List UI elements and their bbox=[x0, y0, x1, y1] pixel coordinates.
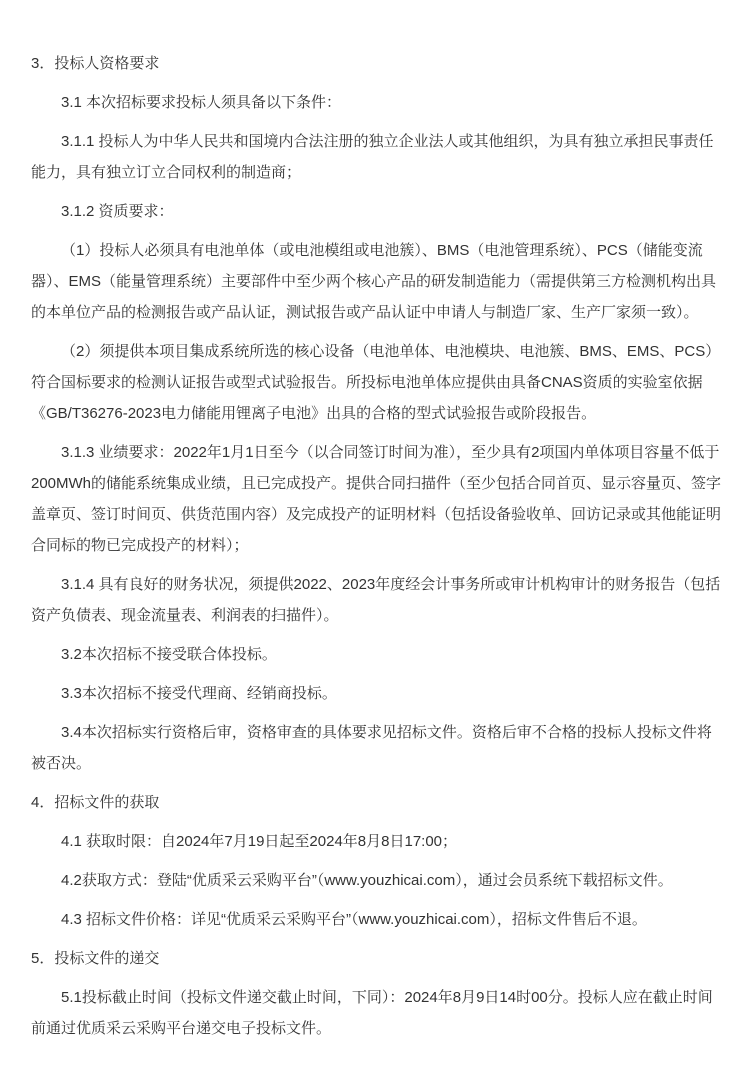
tender-announcement-page: 3．投标人资格要求 3.1 本次招标要求投标人须具备以下条件： 3.1.1 投标… bbox=[0, 0, 753, 1076]
para-3-2: 3.2本次招标不接受联合体投标。 bbox=[31, 639, 722, 670]
section-4-heading: 4．招标文件的获取 bbox=[31, 787, 722, 818]
para-4-1: 4.1 获取时限：自2024年7月19日起至2024年8月8日17:00； bbox=[31, 826, 722, 857]
para-3-1-2: 3.1.2 资质要求： bbox=[31, 196, 722, 227]
para-3-1-4: 3.1.4 具有良好的财务状况，须提供2022、2023年度经会计事务所或审计机… bbox=[31, 569, 722, 631]
tender-document-body: 3．投标人资格要求 3.1 本次招标要求投标人须具备以下条件： 3.1.1 投标… bbox=[31, 48, 722, 1044]
para-3-4: 3.4本次招标实行资格后审，资格审查的具体要求见招标文件。资格后审不合格的投标人… bbox=[31, 717, 722, 779]
para-qual-item-1: （1）投标人必须具有电池单体（或电池模组或电池簇）、BMS（电池管理系统）、PC… bbox=[31, 235, 722, 328]
para-3-1: 3.1 本次招标要求投标人须具备以下条件： bbox=[31, 87, 722, 118]
para-5-1: 5.1投标截止时间（投标文件递交截止时间，下同）：2024年8月9日14时00分… bbox=[31, 982, 722, 1044]
section-5-heading: 5．投标文件的递交 bbox=[31, 943, 722, 974]
para-4-3: 4.3 招标文件价格：详见“优质采云采购平台”（www.youzhicai.co… bbox=[31, 904, 722, 935]
para-3-1-1: 3.1.1 投标人为中华人民共和国境内合法注册的独立企业法人或其他组织，为具有独… bbox=[31, 126, 722, 188]
para-3-3: 3.3本次招标不接受代理商、经销商投标。 bbox=[31, 678, 722, 709]
para-4-2: 4.2获取方式：登陆“优质采云采购平台”（www.youzhicai.com），… bbox=[31, 865, 722, 896]
para-3-1-3: 3.1.3 业绩要求：2022年1月1日至今（以合同签订时间为准），至少具有2项… bbox=[31, 437, 722, 561]
section-3-heading: 3．投标人资格要求 bbox=[31, 48, 722, 79]
para-qual-item-2: （2）须提供本项目集成系统所选的核心设备（电池单体、电池模块、电池簇、BMS、E… bbox=[31, 336, 722, 429]
